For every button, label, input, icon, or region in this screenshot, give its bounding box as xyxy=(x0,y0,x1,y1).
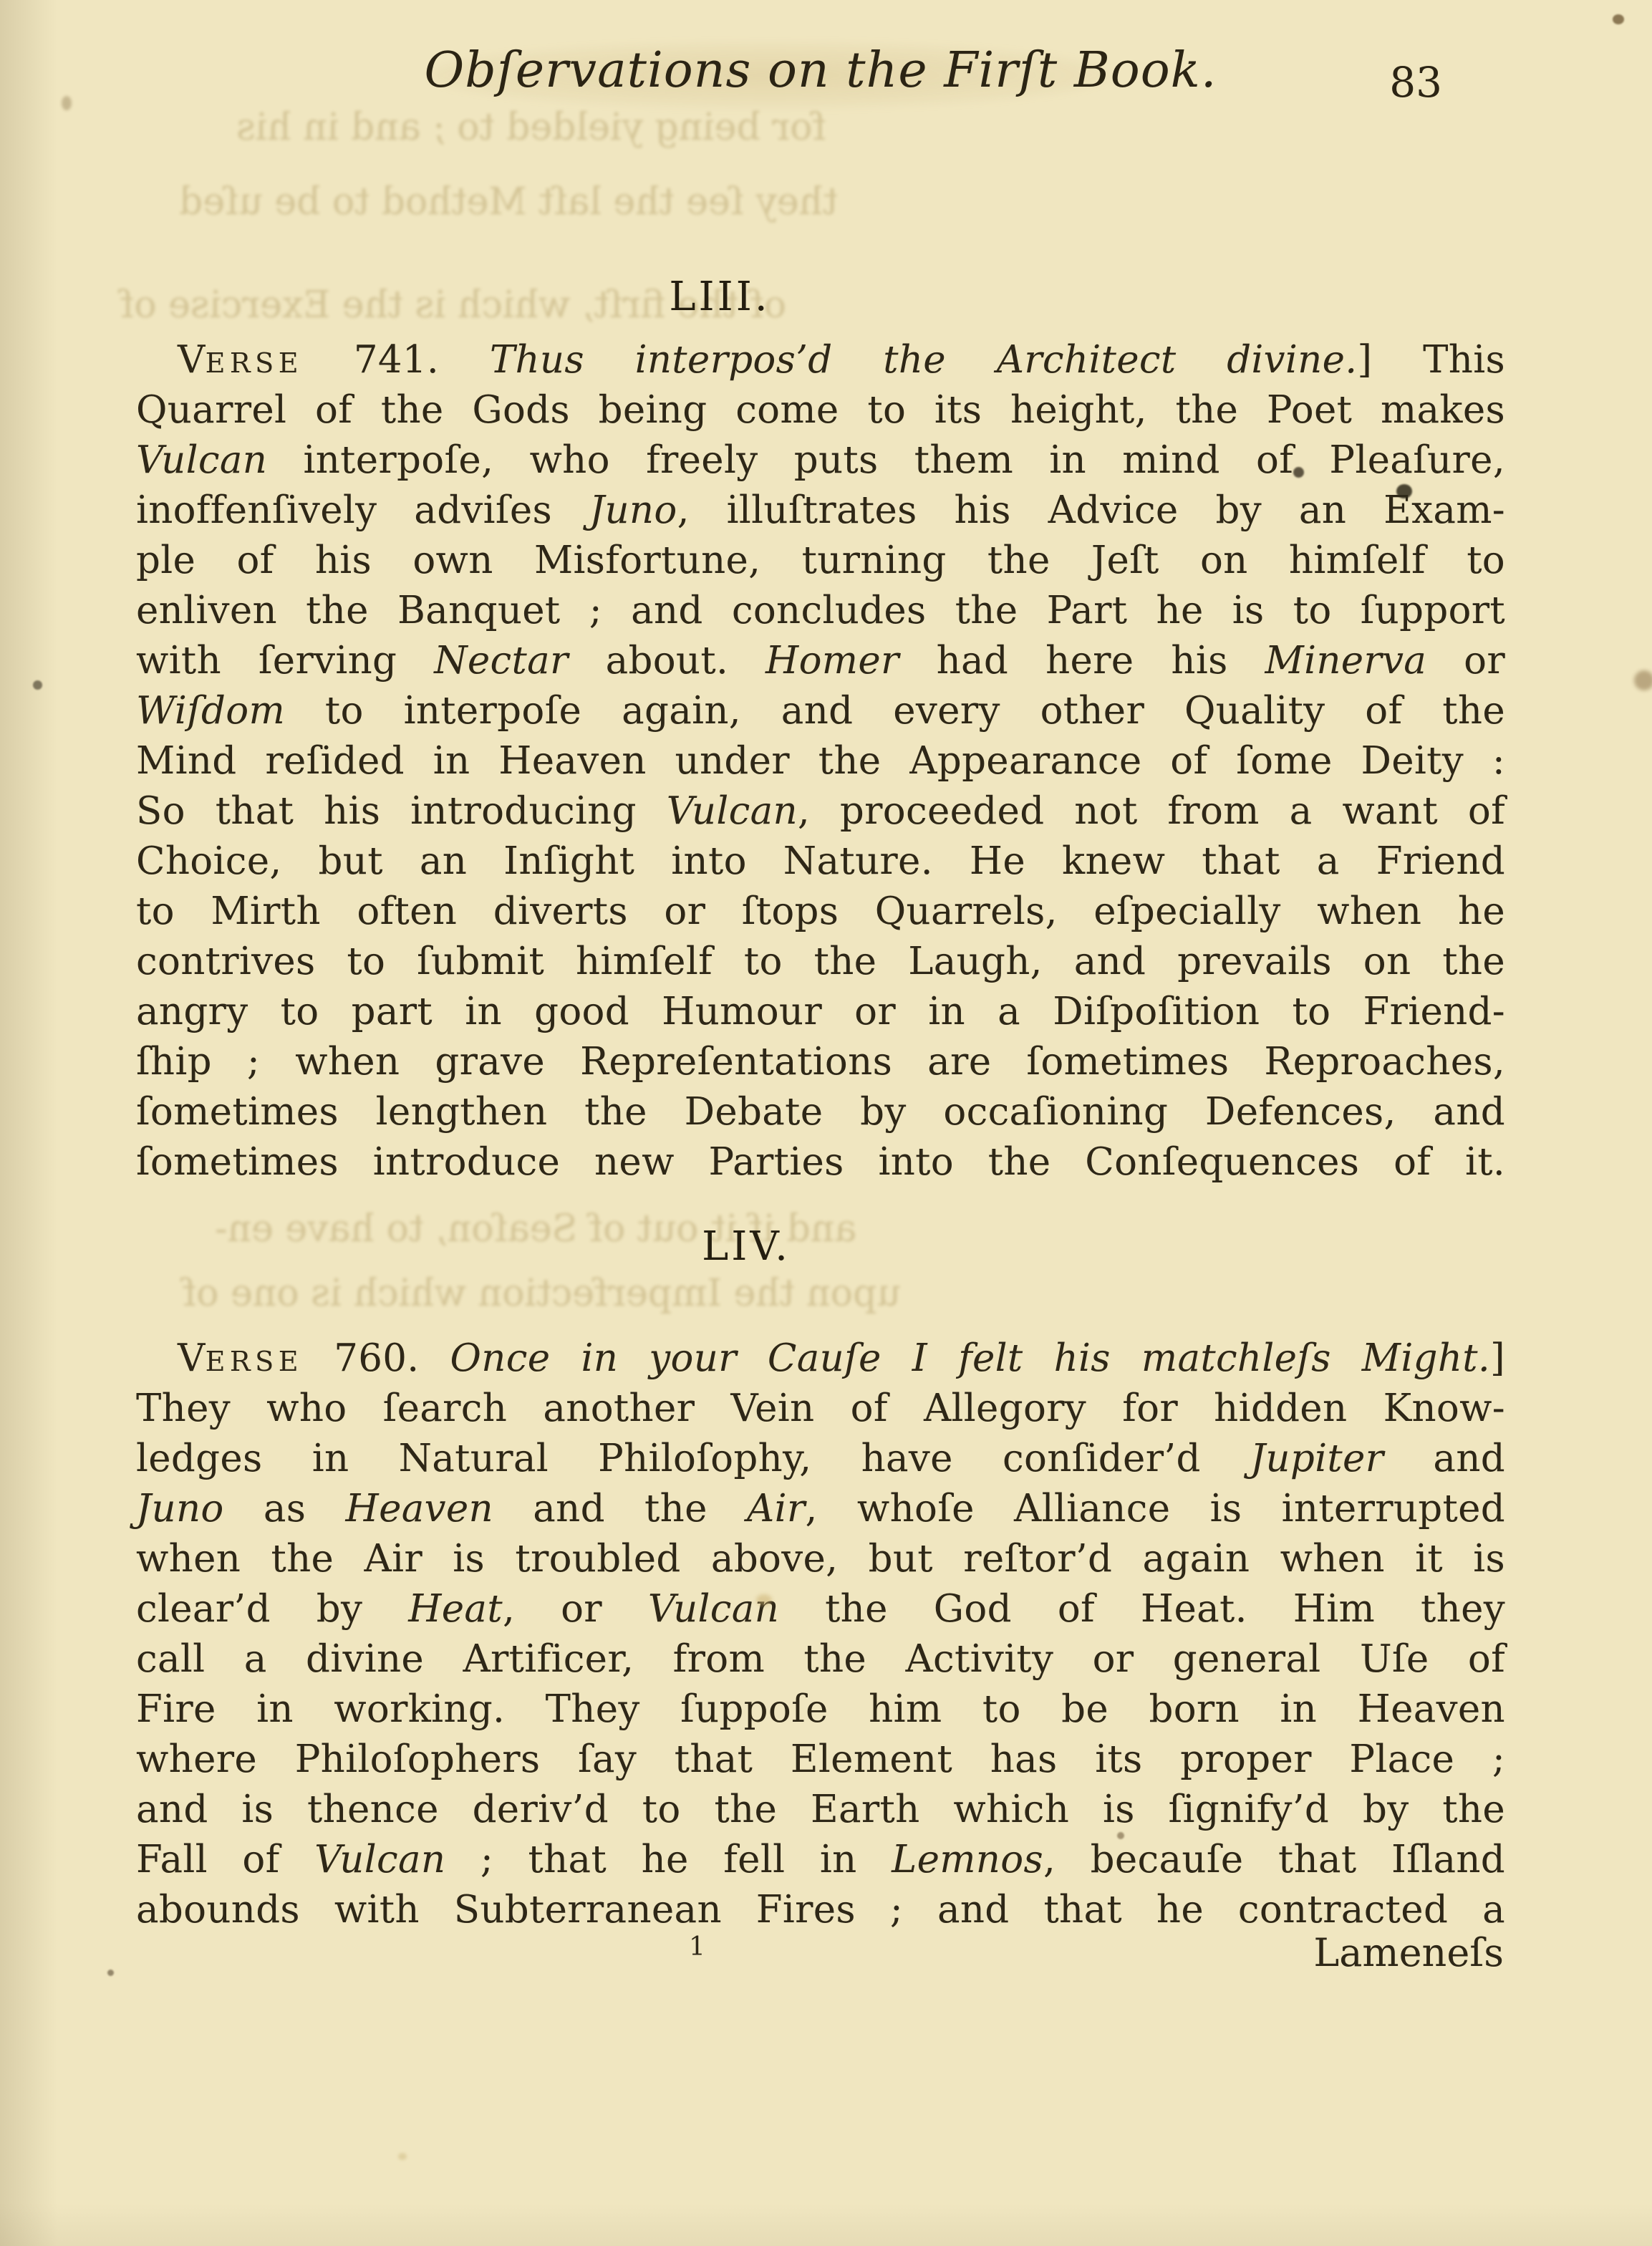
foxing-spot xyxy=(1293,467,1304,478)
section-liv-paragraph: Verse 760. Once in your Cauſe I felt his… xyxy=(136,1334,1505,1935)
text-segment: , proceeded not from a want of xyxy=(798,789,1505,833)
text-segment: had here his xyxy=(899,639,1265,683)
text-line: call a divine Artificer, from the Activi… xyxy=(136,1634,1505,1684)
text-line: Juno as Heaven and the Air, whoſe Allian… xyxy=(136,1484,1505,1534)
text-segment: ] xyxy=(1490,1336,1505,1380)
text-segment: or xyxy=(1426,639,1505,683)
bleed-through-text: for being yielded to ; and in his xyxy=(236,106,826,149)
running-header: Obſervations on the Firſt Book. 83 xyxy=(136,32,1505,110)
text-segment: Wiſdom xyxy=(136,689,285,733)
text-segment: , or xyxy=(503,1587,648,1631)
text-segment: with ſerving xyxy=(136,639,434,683)
text-line: ſometimes introduce new Parties into the… xyxy=(136,1137,1505,1187)
text-segment: , illuſtrates his Advice by an Exam- xyxy=(677,488,1505,532)
text-segment: erse xyxy=(206,347,304,379)
text-segment: interpoſe, who freely puts them in mind … xyxy=(267,438,1505,482)
text-segment: Lemnos xyxy=(892,1838,1043,1881)
text-segment: clear’d by xyxy=(136,1587,408,1631)
text-segment: Heaven xyxy=(346,1487,493,1531)
text-segment: where Philoſophers ſay that Element has … xyxy=(136,1737,1505,1781)
text-segment: So that his introducing xyxy=(136,789,667,833)
foxing-spot xyxy=(1117,1832,1124,1839)
text-segment: Choice, but an Inſight into Nature. He k… xyxy=(136,839,1505,883)
text-segment: to Mirth often diverts or ſtops Quarrels… xyxy=(136,890,1505,933)
text-segment: to interpoſe again, and every other Qual… xyxy=(285,689,1505,733)
page-edge-shadow xyxy=(0,0,57,2246)
foxing-spot xyxy=(1634,670,1652,690)
text-segment: ſometimes lengthen the Debate by occaſio… xyxy=(136,1090,1505,1134)
text-segment: Mind reſided in Heaven under the Appeara… xyxy=(136,739,1505,783)
text-line: to Mirth often diverts or ſtops Quarrels… xyxy=(136,887,1505,937)
page-number: 83 xyxy=(1389,43,1442,122)
text-line: Fire in working. They ſuppoſe him to be … xyxy=(136,1684,1505,1735)
text-segment: Vulcan xyxy=(314,1838,445,1881)
text-segment: as xyxy=(224,1487,346,1531)
foxing-spot xyxy=(398,2153,407,2160)
foxing-spot xyxy=(1613,14,1624,24)
text-segment: erse xyxy=(206,1346,304,1377)
text-segment: Fall of xyxy=(136,1838,314,1881)
text-segment: Minerva xyxy=(1265,639,1427,683)
text-line: ſhip ; when grave Repreſentations are ſo… xyxy=(136,1037,1505,1087)
text-segment: , whoſe Alliance is interrupted xyxy=(806,1487,1506,1531)
text-line: ſometimes lengthen the Debate by occaſio… xyxy=(136,1087,1505,1137)
text-line: contrives to ſubmit himſelf to the Laugh… xyxy=(136,937,1505,987)
text-segment: Jupiter xyxy=(1250,1437,1383,1480)
text-segment: Air xyxy=(747,1487,805,1531)
running-header-title: Obſervations on the Firſt Book. xyxy=(136,32,1505,110)
section-heading-liv: LIV. xyxy=(702,1223,791,1270)
text-line: So that his introducing Vulcan, proceede… xyxy=(136,786,1505,837)
text-segment: Once in your Cauſe I felt his matchleſs … xyxy=(450,1336,1490,1380)
text-segment: Thus interpos’d the Architect divine. xyxy=(490,338,1358,382)
text-line: inoffenſively adviſes Juno, illuſtrates … xyxy=(136,486,1505,536)
text-segment: ple of his own Misfortune, turning the J… xyxy=(136,539,1505,582)
text-line: Quarrel of the Gods being come to its he… xyxy=(136,385,1505,435)
text-segment: Fire in working. They ſuppoſe him to be … xyxy=(136,1687,1505,1731)
text-segment: Heat xyxy=(408,1587,503,1631)
text-segment: abounds with Subterranean Fires ; and th… xyxy=(136,1888,1505,1932)
text-line: with ſerving Nectar about. Homer had her… xyxy=(136,636,1505,686)
text-segment: ; that he fell in xyxy=(445,1838,892,1881)
text-segment: and xyxy=(1383,1437,1505,1480)
text-segment: Vulcan xyxy=(648,1587,779,1631)
text-segment: 741. xyxy=(303,338,490,382)
footer-row: 1 Lameneſs xyxy=(136,1928,1505,1978)
text-line: ple of his own Misfortune, turning the J… xyxy=(136,536,1505,586)
text-line: Vulcan interpoſe, who freely puts them i… xyxy=(136,435,1505,486)
text-segment: ſhip ; when grave Repreſentations are ſo… xyxy=(136,1040,1505,1084)
text-segment: V xyxy=(178,338,206,382)
text-segment: They who ſearch another Vein of Allegory… xyxy=(136,1387,1505,1430)
text-line: Mind reſided in Heaven under the Appeara… xyxy=(136,736,1505,786)
page-edge-shadow-bottom xyxy=(0,2203,1652,2246)
text-line: Verse 760. Once in your Cauſe I felt his… xyxy=(136,1334,1505,1384)
text-line: Verse 741. Thus interpos’d the Architect… xyxy=(136,335,1505,385)
text-segment: contrives to ſubmit himſelf to the Laugh… xyxy=(136,940,1505,983)
text-segment: ſometimes introduce new Parties into the… xyxy=(136,1140,1505,1184)
text-segment: call a divine Artificer, from the Activi… xyxy=(136,1637,1505,1681)
foxing-spot xyxy=(62,96,72,110)
text-segment: V xyxy=(178,1336,206,1380)
text-line: enliven the Banquet ; and concludes the … xyxy=(136,586,1505,636)
text-line: when the Air is troubled above, but reſt… xyxy=(136,1534,1505,1584)
text-line: ledges in Natural Philoſophy, have conſi… xyxy=(136,1434,1505,1484)
section-heading-liii: LIII. xyxy=(669,274,770,320)
text-line: angry to part in good Humour or in a Diſ… xyxy=(136,987,1505,1037)
text-line: Choice, but an Inſight into Nature. He k… xyxy=(136,837,1505,887)
text-segment: ] This xyxy=(1357,338,1505,382)
book-page: for being yielded to ; and in his they ſ… xyxy=(0,0,1652,2246)
text-segment: angry to part in good Humour or in a Diſ… xyxy=(136,990,1505,1033)
bleed-through-text: upon the Imperfection which is one of xyxy=(183,1272,901,1315)
text-segment: inoffenſively adviſes xyxy=(136,488,589,532)
catchword: Lameneſs xyxy=(1313,1928,1504,1978)
text-segment: Homer xyxy=(765,639,899,683)
text-segment: Juno xyxy=(136,1487,224,1531)
text-line: They who ſearch another Vein of Allegory… xyxy=(136,1384,1505,1434)
text-segment: Vulcan xyxy=(667,789,798,833)
text-segment: Nectar xyxy=(434,639,568,683)
signature-mark: 1 xyxy=(689,1922,705,1972)
text-segment: ledges in Natural Philoſophy, have conſi… xyxy=(136,1437,1250,1480)
text-segment: and the xyxy=(493,1487,747,1531)
foxing-spot xyxy=(33,680,42,690)
text-segment: 760. xyxy=(303,1336,450,1380)
text-line: Wiſdom to interpoſe again, and every oth… xyxy=(136,686,1505,736)
section-liii-paragraph: Verse 741. Thus interpos’d the Architect… xyxy=(136,335,1505,1187)
text-line: and is thence deriv’d to the Earth which… xyxy=(136,1785,1505,1835)
text-segment: enliven the Banquet ; and concludes the … xyxy=(136,589,1505,632)
text-segment: when the Air is troubled above, but reſt… xyxy=(136,1537,1505,1581)
text-line: where Philoſophers ſay that Element has … xyxy=(136,1735,1505,1785)
foxing-spot xyxy=(107,1970,114,1976)
text-segment: , becauſe that Iſland xyxy=(1043,1838,1505,1881)
foxing-spot xyxy=(756,1594,772,1606)
text-segment: and is thence deriv’d to the Earth which… xyxy=(136,1788,1505,1831)
text-line: clear’d by Heat, or Vulcan the God of He… xyxy=(136,1584,1505,1634)
text-line: Fall of Vulcan ; that he fell in Lemnos,… xyxy=(136,1835,1505,1885)
text-segment: Quarrel of the Gods being come to its he… xyxy=(136,388,1505,432)
text-segment: about. xyxy=(569,639,765,683)
text-segment: the God of Heat. Him they xyxy=(779,1587,1505,1631)
text-segment: Vulcan xyxy=(136,438,267,482)
foxing-spot xyxy=(1396,484,1412,498)
bleed-through-text: they ſee the laſt Method to be uſed xyxy=(179,180,838,223)
text-segment: Juno xyxy=(589,488,677,532)
